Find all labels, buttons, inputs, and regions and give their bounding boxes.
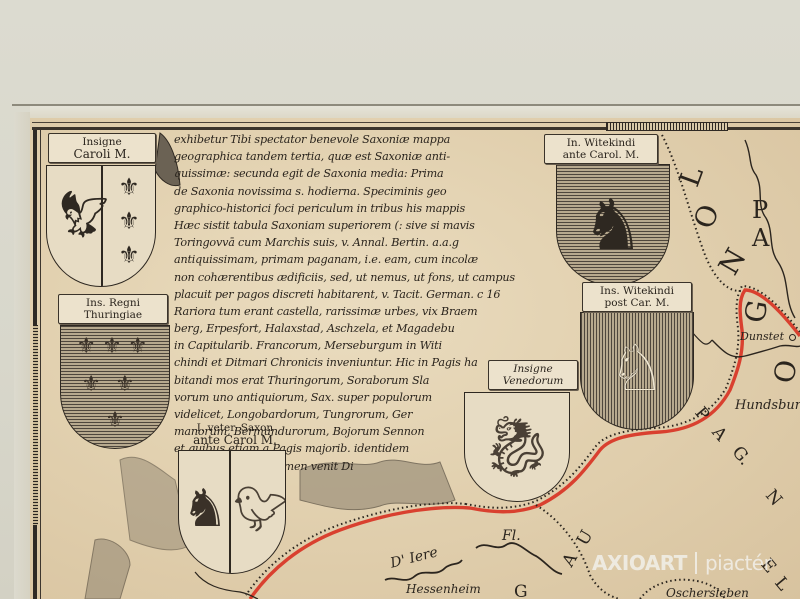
text-line: quissimæ: secunda egit de Saxonia media:… bbox=[174, 165, 554, 182]
coat-of-arms-witekind-after: ♘ bbox=[580, 312, 694, 430]
text-line: Toringovvā cum Marchis suis, v. Annal. B… bbox=[174, 234, 554, 251]
eagle-icon: 🐦︎ bbox=[233, 465, 281, 555]
banner-regni-thuringiae: Ins. Regni Thuringiae bbox=[58, 294, 168, 324]
text-line: Hæc sistit tabula Saxoniam superiorem (:… bbox=[174, 217, 554, 234]
banner-veter-saxon: I. veter. Saxon ante Carol M. bbox=[182, 420, 288, 448]
text-line: placuit per pagos discreti habitarent, v… bbox=[174, 286, 554, 303]
watermark-axioart: AXIOARTpiactér bbox=[592, 551, 771, 575]
region-letter: G bbox=[514, 582, 528, 599]
coat-of-arms-thuringia: ⚜⚜⚜ ⚜⚜ ⚜ bbox=[60, 325, 170, 449]
banner-text: Ins. Regni bbox=[63, 297, 163, 309]
fleur-de-lis-icon: ⚜ bbox=[107, 204, 151, 238]
shield-division-line bbox=[229, 451, 231, 573]
region-label-pa: P A bbox=[752, 196, 800, 252]
watermark-sub: piactér bbox=[705, 551, 771, 575]
place-fl: Fl. bbox=[502, 528, 521, 544]
banner-text: post Car. M. bbox=[587, 297, 687, 309]
banner-insigne-caroli: Insigne Caroli M. bbox=[48, 133, 156, 163]
text-line: nomen venit Di bbox=[270, 458, 650, 475]
banner-text: Caroli M. bbox=[53, 148, 151, 160]
text-line: Rariora tum erant castella, rarissimæ ur… bbox=[174, 303, 554, 320]
coat-of-arms-old-saxony: ♞ 🐦︎ bbox=[178, 450, 286, 574]
banner-insigne-venedorum: Insigne Venedorum bbox=[488, 360, 578, 390]
banner-text: Thuringiae bbox=[63, 309, 163, 321]
watermark-brand-left: AXIO bbox=[592, 551, 645, 575]
town-marker-icon bbox=[789, 334, 796, 341]
watermark-separator bbox=[695, 552, 697, 574]
text-line: berg, Erpesfort, Halaxstad, Aschzela, et… bbox=[174, 320, 554, 337]
banner-text: In. Witekindi bbox=[549, 137, 653, 149]
latin-description-tail: nomen venit Di bbox=[270, 458, 650, 475]
griffin-icon: 🐉︎ bbox=[471, 399, 563, 495]
text-line: in Capitularib. Francorum, Merseburgum i… bbox=[174, 337, 554, 354]
text-line: geographica tandem tertia, quæ est Saxon… bbox=[174, 148, 554, 165]
fleur-de-lis-row-icon: ⚜⚜⚜ bbox=[67, 332, 163, 362]
banner-text: ante Carol. M. bbox=[549, 149, 653, 161]
text-line: non cohærentibus ædificiis, sed, ut nemu… bbox=[174, 269, 554, 286]
lion-rampant-icon: ♞ bbox=[181, 459, 229, 559]
fleur-de-lis-icon: ⚜ bbox=[107, 238, 151, 272]
place-hundsburg: Hundsburg bbox=[735, 398, 800, 413]
fleur-de-lis-row-icon: ⚜⚜ bbox=[75, 370, 155, 400]
text-line: antiquissimam, primam paganam, i.e. eam,… bbox=[174, 251, 554, 268]
fleur-de-lis-icon: ⚜ bbox=[67, 406, 163, 436]
fleur-de-lis-icon: ⚜ bbox=[107, 170, 151, 204]
text-line: exhibetur Tibi spectator benevole Saxoni… bbox=[174, 131, 554, 148]
banner-witekindi-post: Ins. Witekindi post Car. M. bbox=[582, 282, 692, 312]
place-oschersleben: Oschersleben bbox=[666, 586, 749, 599]
banner-text: Venedorum bbox=[493, 375, 573, 387]
coat-of-arms-caroli-magni: 🦅︎ ⚜ ⚜ ⚜ bbox=[46, 165, 156, 287]
banner-text: Insigne bbox=[493, 363, 573, 375]
place-dunstet: Dunstet bbox=[740, 330, 784, 343]
coat-of-arms-venedorum: 🐉︎ bbox=[464, 392, 570, 502]
banner-witekindi-ante: In. Witekindi ante Carol. M. bbox=[544, 134, 658, 164]
rearing-horse-icon: ♞ bbox=[563, 173, 663, 277]
banner-text: Ins. Witekindi bbox=[587, 285, 687, 297]
half-eagle-icon: 🦅︎ bbox=[55, 184, 99, 244]
banner-text: ante Carol M. bbox=[186, 434, 284, 446]
place-hessenheim: Hessenheim bbox=[406, 582, 481, 596]
watermark-brand-right: ART bbox=[645, 551, 687, 575]
text-line: de Saxonia novissima s. hodierna. Specim… bbox=[174, 183, 554, 200]
text-line: graphico-historici foci periculum in tri… bbox=[174, 200, 554, 217]
leaping-white-horse-icon: ♘ bbox=[587, 321, 687, 417]
coat-of-arms-witekind-before: ♞ bbox=[556, 164, 670, 286]
